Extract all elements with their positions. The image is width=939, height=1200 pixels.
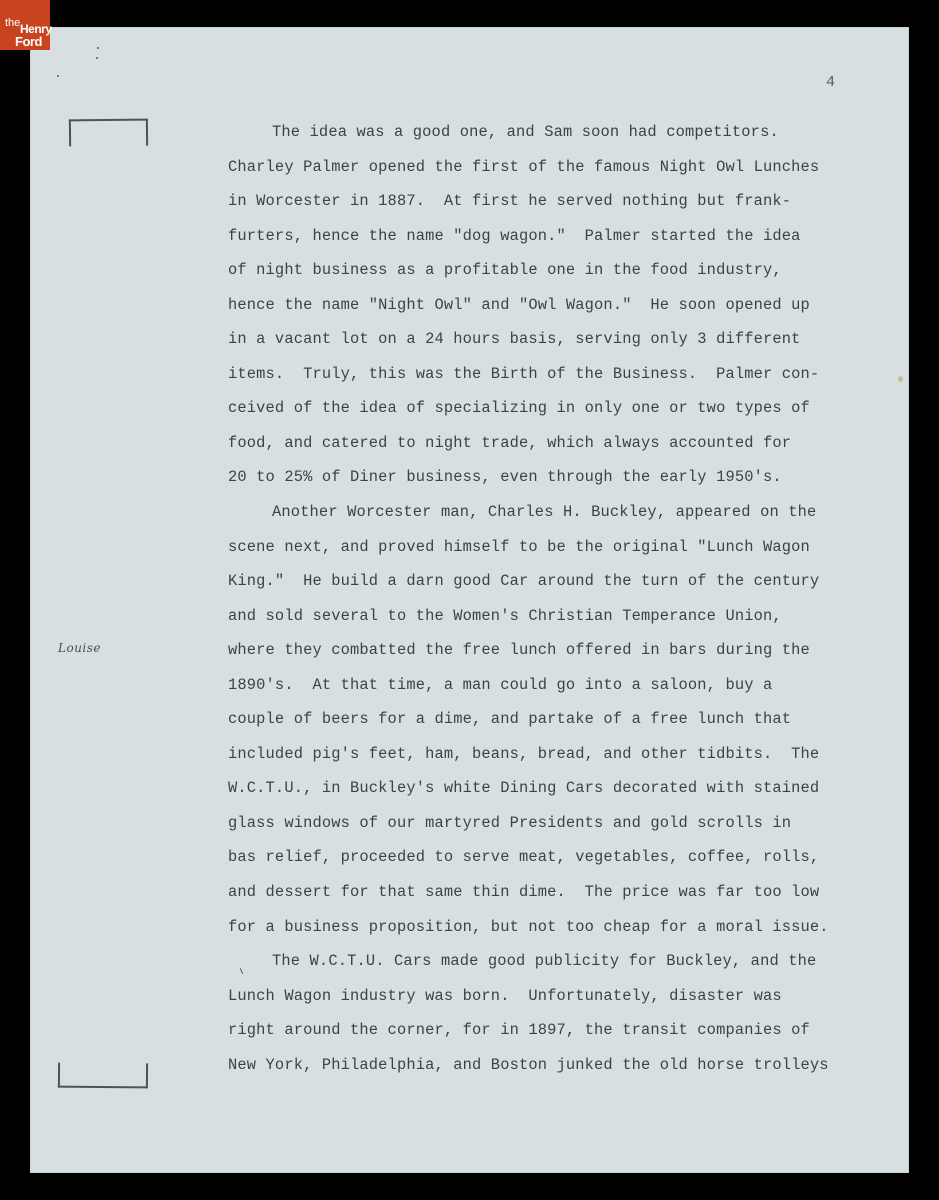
text-line: hence the name "Night Owl" and "Owl Wago… xyxy=(228,293,898,328)
text-line: glass windows of our martyred Presidents… xyxy=(228,811,898,846)
text-line: W.C.T.U., in Buckley's white Dining Cars… xyxy=(228,776,898,811)
text-line: bas relief, proceeded to serve meat, veg… xyxy=(228,845,898,880)
text-line: New York, Philadelphia, and Boston junke… xyxy=(228,1053,898,1088)
text-line: scene next, and proved himself to be the… xyxy=(228,535,898,570)
logo-the: the xyxy=(5,18,20,29)
text-line: 20 to 25% of Diner business, even throug… xyxy=(228,465,898,500)
text-line: The idea was a good one, and Sam soon ha… xyxy=(228,120,898,155)
text-line: for a business proposition, but not too … xyxy=(228,915,898,950)
text-line: items. Truly, this was the Birth of the … xyxy=(228,362,898,397)
text-line: and sold several to the Women's Christia… xyxy=(228,604,898,639)
speck xyxy=(96,57,98,59)
text-line: food, and catered to night trade, which … xyxy=(228,431,898,466)
margin-bracket-bottom xyxy=(58,1063,148,1089)
text-line: in a vacant lot on a 24 hours basis, ser… xyxy=(228,327,898,362)
text-line: in Worcester in 1887. At first he served… xyxy=(228,189,898,224)
text-line: furters, hence the name "dog wagon." Pal… xyxy=(228,224,898,259)
text-line: Lunch Wagon industry was born. Unfortuna… xyxy=(228,984,898,1019)
text-line: of night business as a profitable one in… xyxy=(228,258,898,293)
paper-specks xyxy=(55,45,115,85)
text-line: Another Worcester man, Charles H. Buckle… xyxy=(228,500,898,535)
text-line: couple of beers for a dime, and partake … xyxy=(228,707,898,742)
margin-bracket-top xyxy=(69,119,148,147)
text-line: included pig's feet, ham, beans, bread, … xyxy=(228,742,898,777)
paper-stain xyxy=(898,376,903,382)
speck xyxy=(97,47,99,49)
speck xyxy=(57,75,59,77)
henry-ford-logo: the Henry Ford xyxy=(0,0,50,50)
page-number: 4 xyxy=(826,74,835,91)
text-line: where they combatted the free lunch offe… xyxy=(228,638,898,673)
text-line: King." He build a darn good Car around t… xyxy=(228,569,898,604)
text-line: and dessert for that same thin dime. The… xyxy=(228,880,898,915)
text-line: 1890's. At that time, a man could go int… xyxy=(228,673,898,708)
typewritten-body-text: The idea was a good one, and Sam soon ha… xyxy=(228,120,898,1087)
text-line: ceived of the idea of specializing in on… xyxy=(228,396,898,431)
logo-ford: Ford xyxy=(15,35,42,48)
text-line: Charley Palmer opened the first of the f… xyxy=(228,155,898,190)
text-line: The W.C.T.U. Cars made good publicity fo… xyxy=(228,949,898,984)
text-line: right around the corner, for in 1897, th… xyxy=(228,1018,898,1053)
handwritten-margin-note: Louise xyxy=(58,641,101,655)
